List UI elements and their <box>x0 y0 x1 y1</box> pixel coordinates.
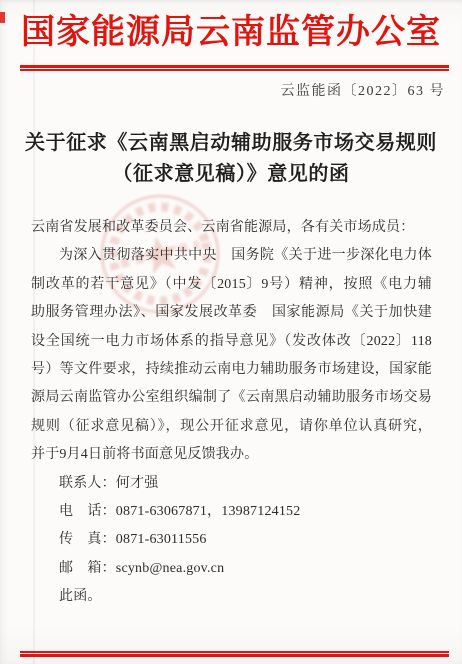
contact-person: 联系人：何才强 <box>31 470 432 498</box>
body-line: 助服务管理办法》、国家发展改革委 国家能源局《关于加快建 <box>31 299 432 327</box>
contact-email: 邮 箱：scynb@nea.gov.cn <box>31 555 432 583</box>
document-title-line2: （征求意见稿）》意见的函 <box>0 159 462 190</box>
document-title-line1: 关于征求《云南黑启动辅助服务市场交易规则 <box>0 128 462 159</box>
body-line: 制改革的若干意见》（中发〔2015〕9号）精神，按照《电力辅 <box>31 271 432 299</box>
footer-red-rule <box>20 651 449 657</box>
letter-body: 云南省发展和改革委员会、云南省能源局，各有关市场成员： 为深入贯彻落实中共中央 … <box>31 214 432 612</box>
body-line: 号）等文件要求，持续推动云南电力辅助服务市场建设，国家能 <box>31 356 432 384</box>
body-line: 为深入贯彻落实中共中央 国务院《关于进一步深化电力体 <box>31 242 432 270</box>
letterhead-red-rule <box>20 65 449 71</box>
salutation: 云南省发展和改革委员会、云南省能源局，各有关市场成员： <box>31 214 432 242</box>
document-page: 国家能源局云南监管办公室 云监能函〔2022〕63 号 关于征求《云南黑启动辅助… <box>0 0 462 664</box>
contact-fax: 传 真：0871-63011556 <box>31 526 432 554</box>
document-title: 关于征求《云南黑启动辅助服务市场交易规则 （征求意见稿）》意见的函 <box>0 128 462 190</box>
body-line: 设全国统一电力市场体系的指导意见》（发改体改〔2022〕118 <box>31 328 432 356</box>
body-line: 源局云南监管办公室组织编制了《云南黑启动辅助服务市场交易 <box>31 384 432 412</box>
body-line: 并于9月4日前将书面意见反馈我办。 <box>31 441 432 469</box>
body-line: 规则（征求意见稿）》，现公开征求意见，请你单位认真研究， <box>31 413 432 441</box>
closing-phrase: 此函。 <box>31 583 432 611</box>
contact-phone: 电 话：0871-63067871，13987124152 <box>31 498 432 526</box>
letterhead-org-name: 国家能源局云南监管办公室 <box>0 7 462 59</box>
document-number: 云监能函〔2022〕63 号 <box>281 82 446 102</box>
